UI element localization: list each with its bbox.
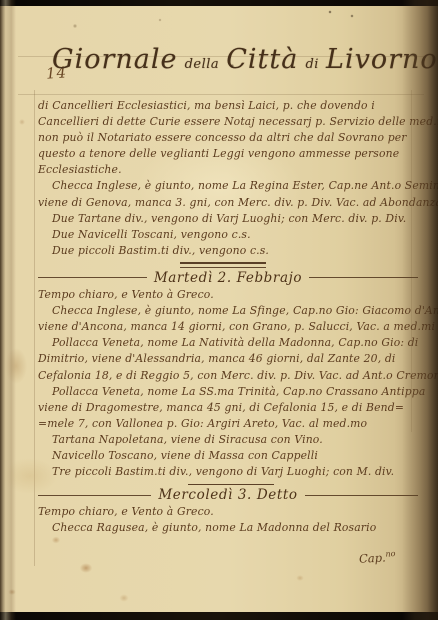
scan-bottom-edge	[0, 612, 438, 620]
pencil-ruling-left-margin	[34, 90, 35, 566]
manuscript-line: Pollacca Veneta, nome La SS.ma Trinità, …	[38, 384, 418, 400]
heading-rule-left	[38, 277, 147, 278]
title-word: Città	[226, 44, 298, 75]
catchword-superscript: no	[386, 549, 396, 559]
manuscript-line: viene d'Ancona, manca 14 giorni, con Gra…	[38, 319, 418, 335]
manuscript-line: Due Navicelli Toscani, vengono c.s.	[38, 227, 418, 243]
section-divider-double-rule	[180, 262, 266, 268]
title-word: Giornale	[52, 44, 177, 75]
title-word: della	[183, 57, 222, 72]
catchword: Cap.no	[359, 549, 396, 566]
section-divider-rule	[188, 484, 274, 485]
manuscript-line: Navicello Toscano, viene di Massa con Ca…	[38, 448, 418, 464]
manuscript-line: Tartana Napoletana, viene di Siracusa co…	[38, 432, 418, 448]
manuscript-line: Checca Ragusea, è giunto, nome La Madonn…	[38, 520, 418, 536]
manuscript-line: Ecclesiastiche.	[38, 162, 418, 178]
manuscript-line: Tre piccoli Bastim.ti div., vengono di V…	[38, 464, 418, 480]
manuscript-line: Pollacca Veneta, nome La Natività della …	[38, 335, 418, 351]
manuscript-scan: 14 Giornale della Città di Livorno di Ca…	[0, 0, 438, 620]
manuscript-line: questo a tenore delle veglianti Leggi ve…	[38, 146, 418, 162]
manuscript-line: Dimitrio, viene d'Alessandria, manca 46 …	[38, 351, 418, 367]
manuscript-line: Checca Inglese, è giunto, nome La Sfinge…	[38, 303, 418, 319]
manuscript-line: Cefalonia 18, e di Reggio 5, con Merc. d…	[38, 368, 418, 384]
heading-rule-right	[305, 495, 418, 496]
section-heading: Mercoledì 3. Detto	[38, 487, 418, 503]
manuscript-line: =mele 7, con Vallonea p. Gio: Argiri Are…	[38, 416, 418, 432]
manuscript-line: viene di Genova, manca 3. gni, con Merc.…	[38, 195, 418, 211]
manuscript-page: 14 Giornale della Città di Livorno di Ca…	[0, 6, 438, 612]
heading-rule-right	[309, 277, 418, 278]
catchword-text: Cap.	[359, 550, 386, 565]
manuscript-line: Cancellieri di dette Curie essere Notaj …	[38, 114, 418, 130]
section-heading: Martedì 2. Febbrajo	[38, 270, 418, 286]
manuscript-line: Due Tartane div., vengono di Varj Luoghi…	[38, 211, 418, 227]
manuscript-line: Tempo chiaro, e Vento à Greco.	[38, 504, 418, 520]
section-heading-text: Mercoledì 3. Detto	[158, 487, 297, 503]
manuscript-line: viene di Dragomestre, manca 45 gni, di C…	[38, 400, 418, 416]
manuscript-line: Checca Inglese, è giunto, nome La Regina…	[38, 178, 418, 194]
title-word: di	[303, 57, 320, 72]
pencil-ruling-under-title	[18, 94, 424, 95]
manuscript-line: Tempo chiaro, e Vento à Greco.	[38, 287, 418, 303]
manuscript-line: di Cancellieri Ecclesiastici, ma bensì L…	[38, 98, 418, 114]
manuscript-line: non può il Notariato essere concesso da …	[38, 130, 418, 146]
heading-rule-left	[38, 495, 151, 496]
section-heading-text: Martedì 2. Febbrajo	[154, 270, 302, 286]
page-title: Giornale della Città di Livorno	[52, 44, 416, 75]
manuscript-line: Due piccoli Bastim.ti div., vengono c.s.	[38, 243, 418, 259]
manuscript-text: di Cancellieri Ecclesiastici, ma bensì L…	[38, 98, 418, 536]
title-word: Livorno	[326, 44, 438, 75]
